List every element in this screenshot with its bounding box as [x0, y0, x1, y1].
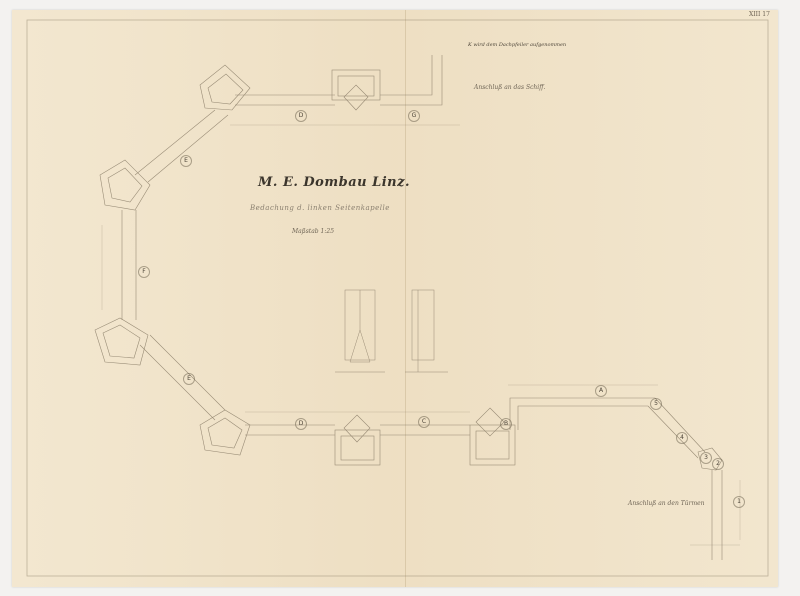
- plan-label: 5: [650, 398, 662, 410]
- plan-label: G: [408, 110, 420, 122]
- plan-label: B: [500, 418, 512, 430]
- drawing-subtitle: Bedachung d. linken Seitenkapelle: [250, 204, 390, 212]
- drawing-scale: Maßstab 1:25: [292, 228, 334, 235]
- note-tower-connection: Anschluß an den Türmen: [628, 500, 705, 507]
- plan-label: A: [595, 385, 607, 397]
- plan-label: 4: [676, 432, 688, 444]
- plan-label: E: [183, 373, 195, 385]
- plan-label: E: [180, 155, 192, 167]
- sheet-number: XIII 17: [749, 11, 770, 18]
- note-top-right: K wird dem Dachpfeiler aufgenommen: [468, 42, 566, 48]
- plan-label: D: [295, 110, 307, 122]
- plan-label: 1: [733, 496, 745, 508]
- plan-label: C: [418, 416, 430, 428]
- plan-label: 2: [712, 458, 724, 470]
- plan-label: F: [138, 266, 150, 278]
- plan-label: D: [295, 418, 307, 430]
- plan-label: 3: [700, 452, 712, 464]
- note-nave-connection: Anschluß an das Schiff.: [474, 84, 545, 91]
- drawing-title: M. E. Dombau Linz.: [258, 175, 410, 190]
